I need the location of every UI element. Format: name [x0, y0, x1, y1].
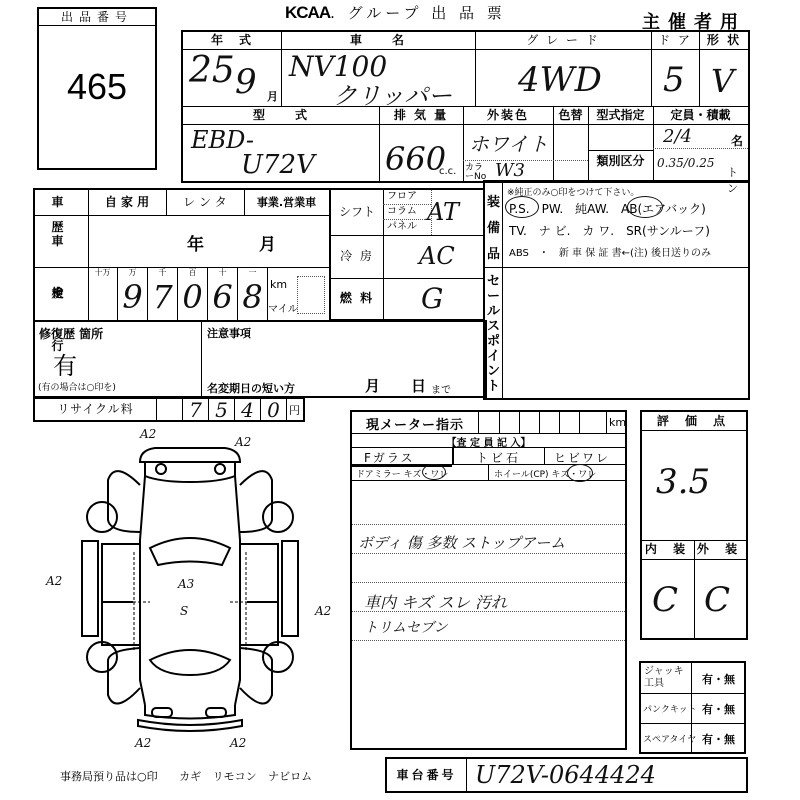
notes-label: 注意事項 [207, 325, 251, 341]
shift-table: シフト フロア コラム パネル AT 冷 房 AC 燃 料 G [329, 188, 485, 321]
exterior-label: 外 装 [694, 540, 746, 559]
mileage-digit-cell: 一8 [238, 267, 268, 320]
repair-history-label: 修復歴 箇所 [39, 325, 103, 342]
history-label: 車 歴 [35, 190, 88, 215]
shift-option-panel[interactable]: パネル [387, 220, 417, 234]
equipment-table: 装備品 セールスポイント ※純正のみ○印をつけて下さい。 P.S. PW. 純A… [483, 180, 750, 400]
mile-checkbox[interactable] [297, 276, 325, 314]
repaint-label: 色替 [553, 106, 588, 124]
ab-circle-mark [627, 196, 663, 218]
month-value: 9 [235, 62, 257, 102]
capacity-value: 2/4 [663, 126, 692, 147]
damage-mark-rear-left: A2 [134, 736, 151, 750]
chassis-number-row: 車台番号 U72V-0644424 [385, 757, 748, 793]
form-title: KCAA. グループ 出 品 票 [285, 2, 506, 23]
equipment-line-3[interactable]: ABS ・ 新 車 保 証 書←(注) 後日送りのみ [509, 244, 711, 259]
history-option-rental[interactable]: レ ン タ [166, 190, 244, 215]
mileage-digits: 十万万9千7百0十6一8 [88, 267, 268, 320]
load-value: 0.35/0.25 [657, 156, 714, 170]
score-table: 評 価 点 3.5 内 装 外 装 C C [640, 410, 748, 640]
mileage-label: 走 行 [35, 267, 88, 320]
spare-tire-label: スペアタイヤ [643, 732, 696, 745]
chassis-number-label: 車台番号 [387, 759, 467, 791]
capacity-unit: 名 [731, 132, 743, 149]
windshield-chip-option[interactable]: トビ石 [476, 449, 521, 466]
shift-option-column[interactable]: コラム [387, 205, 417, 219]
score-value: 3.5 [656, 462, 710, 502]
windshield-label: Fガラス [364, 449, 415, 466]
ps-circle-mark [505, 196, 539, 218]
inspection-label: 車 検 [35, 215, 88, 267]
color-label: 外装色 [463, 106, 553, 124]
shape-value: V [711, 62, 734, 100]
damage-mark-front-left: A2 [139, 427, 156, 441]
name-change-month: 月 [365, 375, 380, 396]
remark-line-3: トリムセブン [364, 617, 447, 637]
chassis-number-value: U72V-0644424 [475, 761, 656, 789]
inspector-title: 【査 定 員 記 入】 [352, 434, 625, 449]
name-change-until: まで [431, 381, 451, 396]
mileage-unit-km: km [270, 278, 287, 291]
mileage-digit-cell: 千7 [148, 267, 178, 320]
shift-label: シフト [331, 190, 383, 235]
category-label: 類別区分 [588, 152, 653, 170]
recycle-digit-cell: 5 [209, 399, 235, 420]
year-value: 25 [189, 50, 235, 91]
recycle-digit-cell [157, 399, 183, 420]
history-option-commercial[interactable]: 事業.営業車 [244, 190, 329, 215]
inspection-month-unit: 月 [259, 230, 276, 255]
puncture-kit-value[interactable]: 有・無 [693, 701, 744, 717]
car-name-label: 車 名 [281, 32, 475, 49]
jack-tool-value[interactable]: 有・無 [693, 671, 744, 687]
capacity-label: 定員・積載 [653, 106, 748, 124]
equipment-label: 装備品 [487, 190, 500, 268]
shift-value: AT [427, 198, 459, 226]
interior-label: 内 装 [642, 540, 694, 559]
remark-line-1: ボディ 傷 多数 ストップアーム [358, 532, 565, 553]
inspector-table: 現メーター指示 km 【査 定 員 記 入】 Fガラス トビ石 ヒビワレ ドアミ… [350, 410, 627, 750]
year-label: 年 式 [183, 32, 281, 49]
damage-mark-front-right: A2 [234, 435, 251, 449]
vehicle-info-table: 年 式 車 名 グ レ ー ド ド ア 形 状 25 9 月 NV100 クリッ… [181, 30, 750, 183]
repair-history-note: (有の場合は○印を) [38, 380, 116, 393]
damage-mark-right-side: A2 [314, 604, 331, 618]
deposit-label: 事務局預り品は○印 [60, 770, 158, 783]
ac-label: 冷 房 [331, 235, 383, 278]
sales-point-label: セールスポイント [487, 274, 500, 394]
lot-number: 465 [39, 66, 155, 108]
wheel-circle-mark [567, 464, 593, 482]
mirror-circle-mark [422, 464, 446, 480]
recycle-digit-cell: 4 [235, 399, 261, 420]
exterior-value: C [704, 580, 730, 620]
recycle-fee-row: リサイクル料 7540 円 [33, 397, 305, 422]
inspection-year-unit: 年 [187, 230, 204, 255]
model-label: 型 式 [183, 106, 379, 124]
damage-mark-roof-s: S [180, 604, 188, 618]
mileage-digit-cell: 百0 [178, 267, 208, 320]
displacement-unit: c.c. [439, 166, 456, 177]
score-label: 評 価 点 [642, 412, 746, 430]
fuel-label: 燃 料 [331, 278, 383, 319]
repair-notes-table: 修復歴 箇所 有 (有の場合は○印を) 注意事項 名変期日の短い方 月 日 まで [33, 320, 487, 398]
recycle-digit-cell: 0 [261, 399, 287, 420]
color-value: ホワイト [469, 128, 548, 157]
grade-label: グ レ ー ド [475, 32, 651, 49]
shape-label: 形 状 [699, 32, 749, 49]
recycle-fee-label: リサイクル料 [35, 399, 157, 420]
deposit-items: 事務局預り品は○印 カギ リモコン ナビロム [60, 768, 312, 784]
history-table: 車 歴 自 家 用 レ ン タ 事業.営業車 車 検 年 月 走 行 十万万9千… [33, 188, 331, 322]
equipment-line-2[interactable]: TV. ナ ビ. カ ワ. SR(サンルーフ) [509, 222, 710, 239]
displacement-value: 660 [385, 140, 446, 178]
history-option-private[interactable]: 自 家 用 [88, 190, 166, 215]
month-unit: 月 [267, 88, 278, 104]
lot-number-label: 出品番号 [39, 9, 155, 26]
puncture-kit-label: パンクキット [643, 702, 697, 715]
lot-number-box: 出品番号 465 [37, 7, 157, 170]
mileage-digit-cell: 十6 [208, 267, 238, 320]
ac-value: AC [419, 242, 455, 270]
jack-tool-label: ジャッキ工具 [644, 666, 689, 690]
repair-history-value[interactable]: 有 [53, 346, 77, 381]
meter-label: 現メーター指示 [366, 414, 464, 433]
grade-value: 4WD [518, 60, 602, 100]
deposit-item-key[interactable]: カギ [179, 770, 201, 783]
damage-mark-rear-right: A2 [229, 736, 246, 750]
door-label: ド ア [651, 32, 699, 49]
recycle-digit-cell: 7 [183, 399, 209, 420]
fuel-value: G [421, 282, 443, 315]
tools-table: ジャッキ工具 有・無 パンクキット 有・無 スペアタイヤ 有・無 [639, 661, 746, 754]
door-value: 5 [663, 60, 685, 100]
remark-line-2: 車内 キズ スレ 汚れ [364, 590, 507, 613]
type-designation-label: 型式指定 [588, 106, 653, 124]
color-no-value: W3 [495, 160, 525, 181]
recycle-fee-unit: 円 [289, 402, 300, 418]
model-value-2: U72V [241, 150, 315, 180]
damage-mark-left-side: A2 [45, 574, 62, 588]
mileage-digit-cell: 十万 [88, 267, 118, 320]
deposit-item-navi-rom[interactable]: ナビロム [268, 770, 312, 783]
name-change-label: 名変期日の短い方 [207, 380, 295, 396]
shift-option-floor[interactable]: フロア [387, 190, 417, 204]
name-change-day: 日 [411, 375, 426, 396]
spare-tire-value[interactable]: 有・無 [693, 731, 744, 747]
mileage-digit-cell: 万9 [118, 267, 148, 320]
recycle-fee-digits: 7540 [157, 399, 287, 420]
interior-value: C [652, 580, 678, 620]
car-damage-diagram[interactable]: A2 A2 A2 A3 S A2 A2 A2 [30, 420, 350, 760]
deposit-item-remote[interactable]: リモコン [213, 770, 257, 783]
displacement-label: 排 気 量 [379, 106, 463, 124]
mileage-unit-mile: マイル [268, 300, 298, 315]
meter-unit: km [609, 416, 626, 429]
damage-mark-roof: A3 [177, 577, 195, 591]
brand-logo: KCAA [285, 3, 330, 22]
